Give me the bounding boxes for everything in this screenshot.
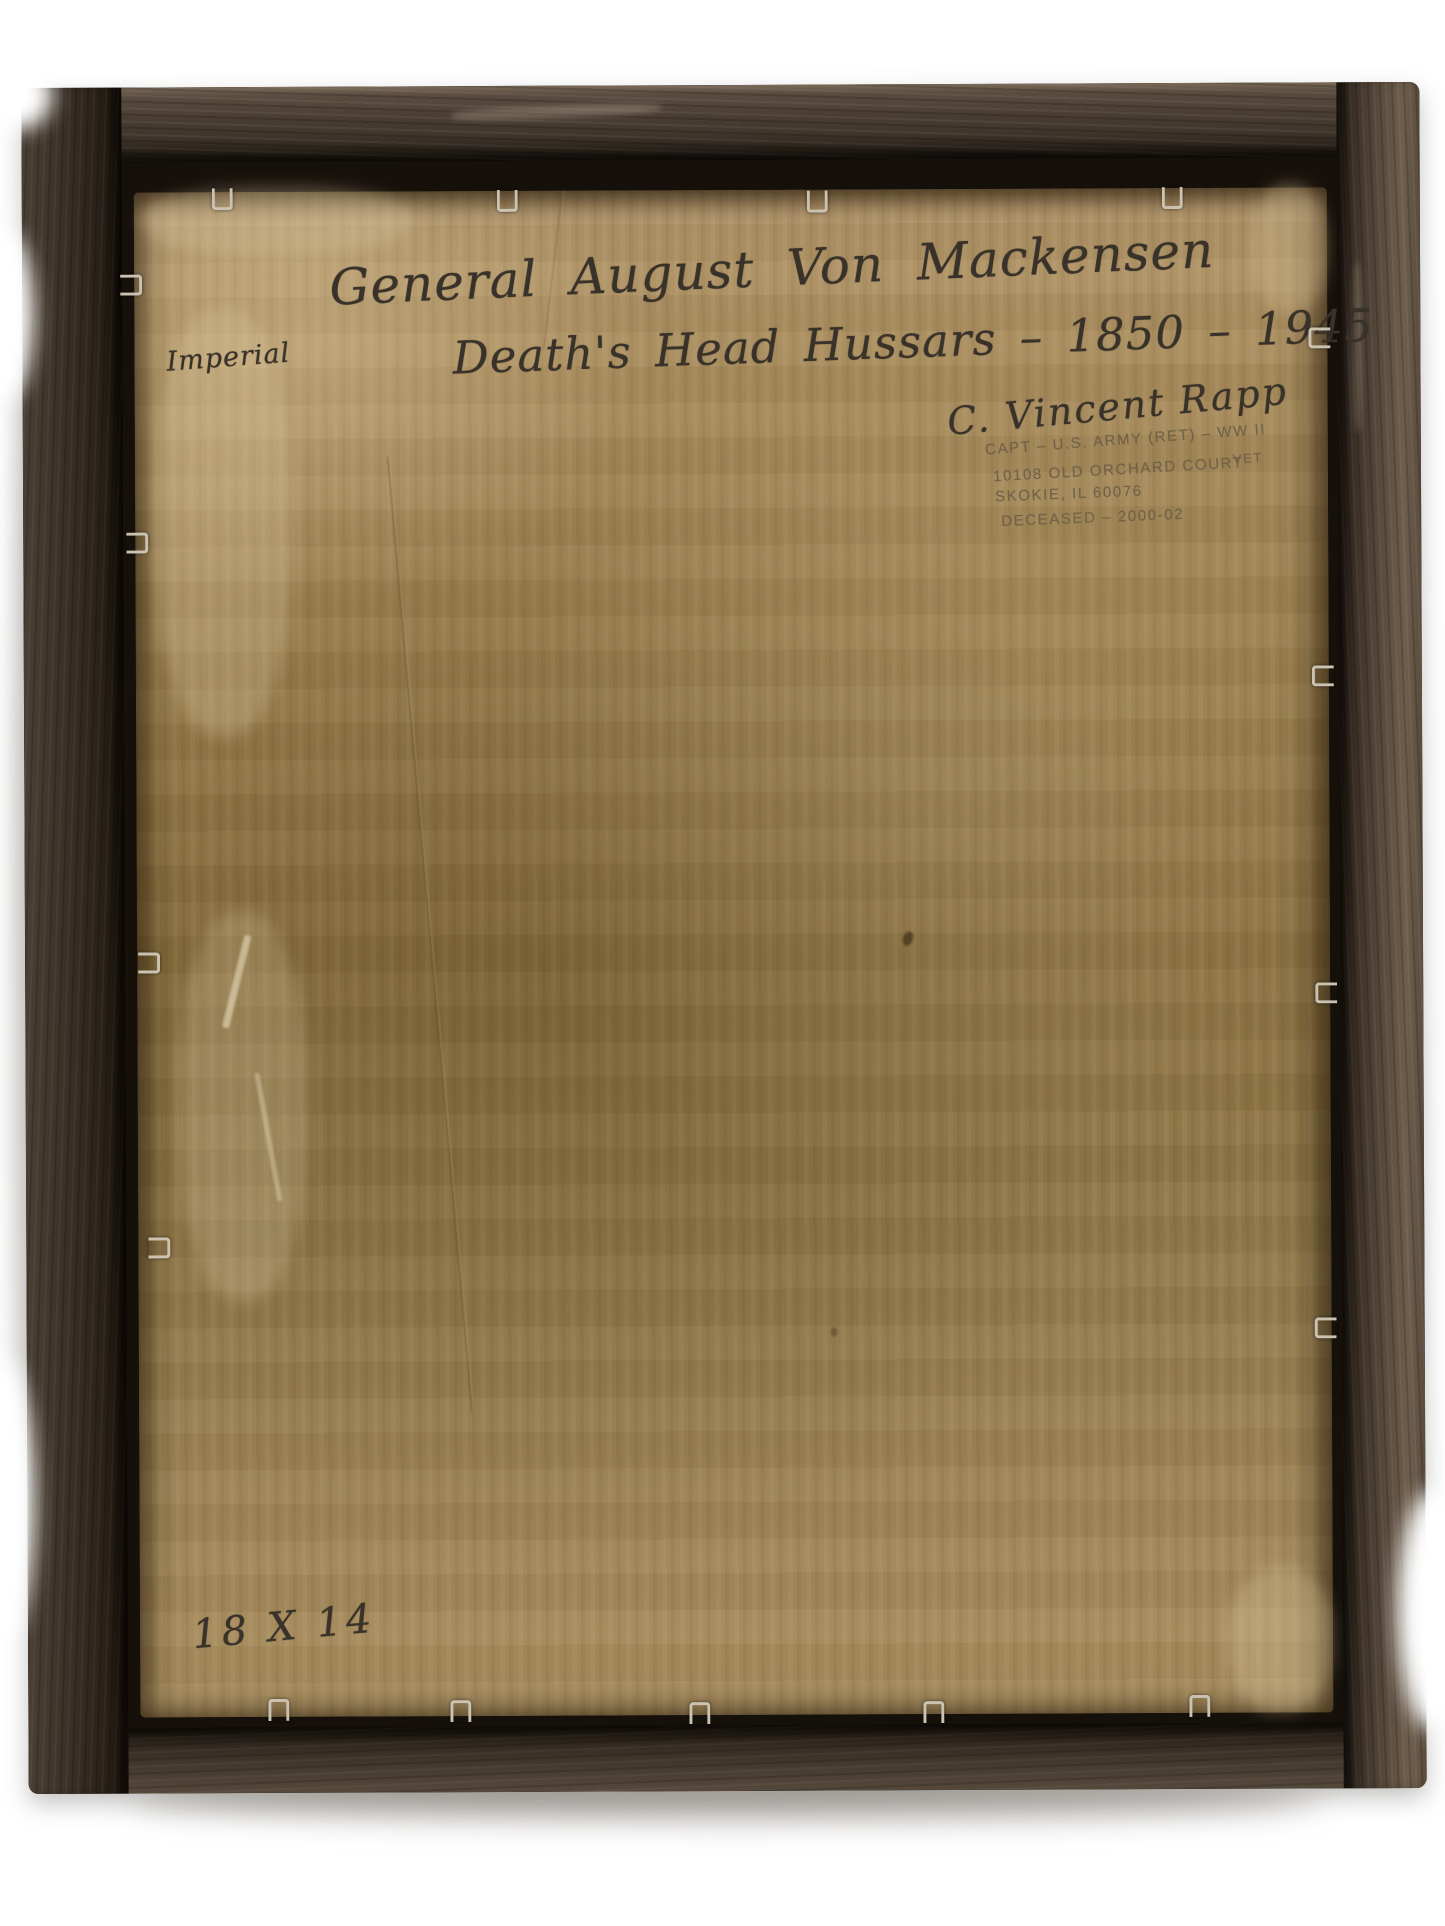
staple: [1312, 665, 1334, 686]
staple: [1189, 1695, 1210, 1717]
stain-speck: [831, 1328, 838, 1337]
wood-frame: General August Von Mackensen Imperial De…: [21, 82, 1426, 1794]
staple: [497, 190, 518, 212]
pencil-line-city: SKOKIE, IL 60076: [995, 483, 1143, 506]
handwritten-title: General August Von Mackensen: [328, 221, 1215, 317]
staple: [807, 191, 828, 213]
pencil-provenance-note: CAPT – U.S. ARMY (RET) – WW II VET 10108…: [985, 430, 1346, 552]
staple: [212, 188, 233, 210]
cardboard-crease: [387, 456, 474, 1413]
cardboard-backing: General August Von Mackensen Imperial De…: [134, 187, 1334, 1717]
staple: [138, 952, 160, 973]
staple: [1162, 187, 1183, 209]
frame-rail-top: [21, 82, 1419, 163]
staple: [923, 1701, 944, 1723]
staple: [689, 1702, 710, 1724]
handwritten-subtitle: Death's Head Hussars – 1850 – 1945: [452, 299, 1375, 385]
staple: [1315, 1317, 1337, 1338]
photograph: General August Von Mackensen Imperial De…: [0, 0, 1445, 1926]
staple: [268, 1699, 289, 1721]
pencil-line-deceased: DECEASED – 2000-02: [1001, 506, 1185, 530]
frame-rail-bottom: [28, 1722, 1426, 1794]
torn-paper-patch: [1252, 183, 1328, 313]
torn-paper-patch: [142, 185, 412, 256]
staple: [450, 1700, 471, 1722]
stain-speck: [901, 930, 915, 947]
staple: [148, 1237, 170, 1258]
torn-paper-patch: [1228, 1567, 1334, 1712]
staple: [1308, 327, 1330, 348]
pencil-line-address: 10108 OLD ORCHARD COURT: [993, 454, 1244, 485]
handwritten-size-note: 18 X 14: [190, 1596, 377, 1659]
staple: [120, 275, 142, 296]
frame-rail-left: [21, 88, 128, 1794]
staple: [1315, 982, 1337, 1003]
staple: [126, 533, 148, 554]
